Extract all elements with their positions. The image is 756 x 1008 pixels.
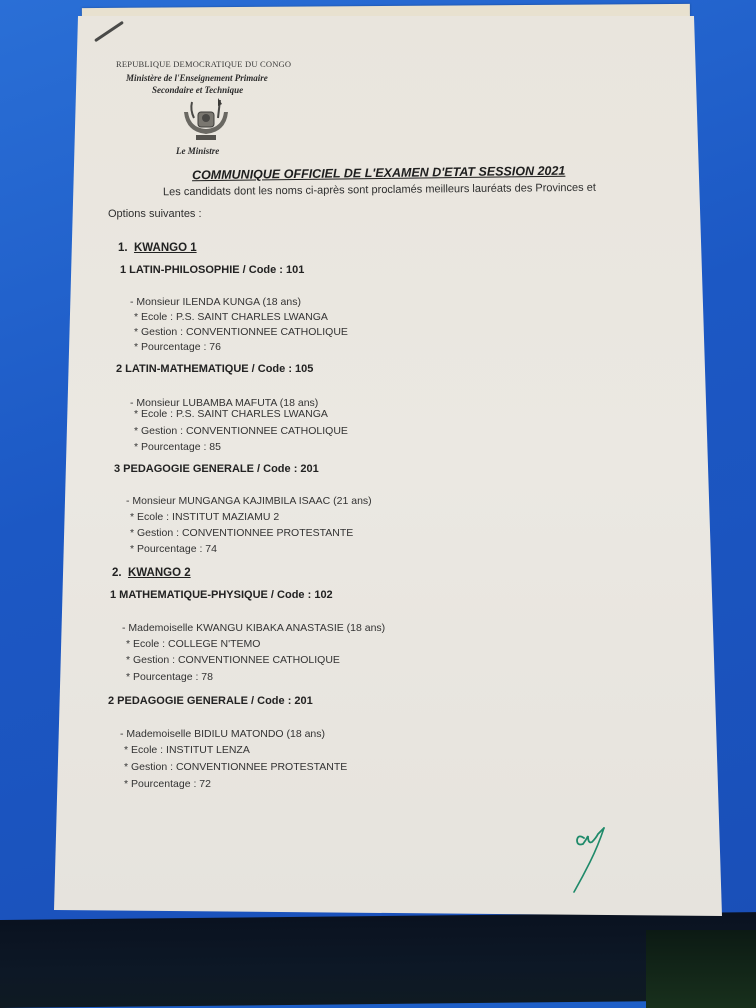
province-heading-kwango-2: 2. KWANGO 2: [112, 567, 191, 579]
candidate-name: - Mademoiselle KWANGU KIBAKA ANASTASIE (…: [122, 622, 385, 634]
coat-of-arms-icon: [178, 98, 234, 144]
province-name: KWANGO 1: [134, 242, 197, 254]
province-number: 2.: [112, 567, 122, 579]
ministry-line-1: Ministère de l'Enseignement Primaire: [126, 73, 268, 83]
dark-green-corner: [646, 930, 756, 1008]
dark-floor-background: [0, 912, 756, 1008]
candidate-name: - Mademoiselle BIDILU MATONDO (18 ans): [120, 728, 325, 740]
candidate-percentage: * Pourcentage : 72: [124, 778, 211, 790]
option-heading: 2 PEDAGOGIE GENERALE / Code : 201: [108, 695, 313, 707]
candidate-percentage: * Pourcentage : 76: [134, 341, 221, 353]
republic-name: REPUBLIQUE DEMOCRATIQUE DU CONGO: [116, 59, 291, 69]
candidate-name: - Monsieur ILENDA KUNGA (18 ans): [130, 296, 301, 308]
candidate-school: * Ecole : INSTITUT MAZIAMU 2: [130, 511, 279, 523]
candidate-school: * Ecole : P.S. SAINT CHARLES LWANGA: [134, 408, 328, 420]
candidate-management: * Gestion : CONVENTIONNEE CATHOLIQUE: [134, 326, 348, 338]
candidate-percentage: * Pourcentage : 74: [130, 543, 217, 555]
province-heading-kwango-1: 1. KWANGO 1: [118, 242, 197, 254]
candidate-school: * Ecole : INSTITUT LENZA: [124, 744, 250, 756]
candidate-percentage: * Pourcentage : 85: [134, 441, 221, 453]
province-name: KWANGO 2: [128, 567, 191, 579]
province-number: 1.: [118, 242, 128, 254]
candidate-management: * Gestion : CONVENTIONNEE PROTESTANTE: [130, 527, 353, 539]
option-heading: 1 MATHEMATIQUE-PHYSIQUE / Code : 102: [110, 589, 333, 601]
candidate-management: * Gestion : CONVENTIONNEE CATHOLIQUE: [134, 425, 348, 437]
candidate-management: * Gestion : CONVENTIONNEE CATHOLIQUE: [126, 654, 340, 666]
option-heading: 2 LATIN-MATHEMATIQUE / Code : 105: [116, 363, 313, 375]
intro-text-line-2: Options suivantes :: [108, 208, 202, 220]
option-heading: 1 LATIN-PHILOSOPHIE / Code : 101: [120, 264, 304, 276]
candidate-percentage: * Pourcentage : 78: [126, 671, 213, 683]
option-heading: 3 PEDAGOGIE GENERALE / Code : 201: [114, 463, 319, 475]
handwritten-signature-icon: [568, 826, 618, 896]
candidate-name: - Monsieur MUNGANGA KAJIMBILA ISAAC (21 …: [126, 495, 372, 507]
signatory-label: Le Ministre: [176, 146, 219, 156]
candidate-school: * Ecole : P.S. SAINT CHARLES LWANGA: [134, 311, 328, 323]
candidate-school: * Ecole : COLLEGE N'TEMO: [126, 638, 260, 650]
ministry-line-2: Secondaire et Technique: [152, 85, 243, 95]
candidate-management: * Gestion : CONVENTIONNEE PROTESTANTE: [124, 761, 347, 773]
